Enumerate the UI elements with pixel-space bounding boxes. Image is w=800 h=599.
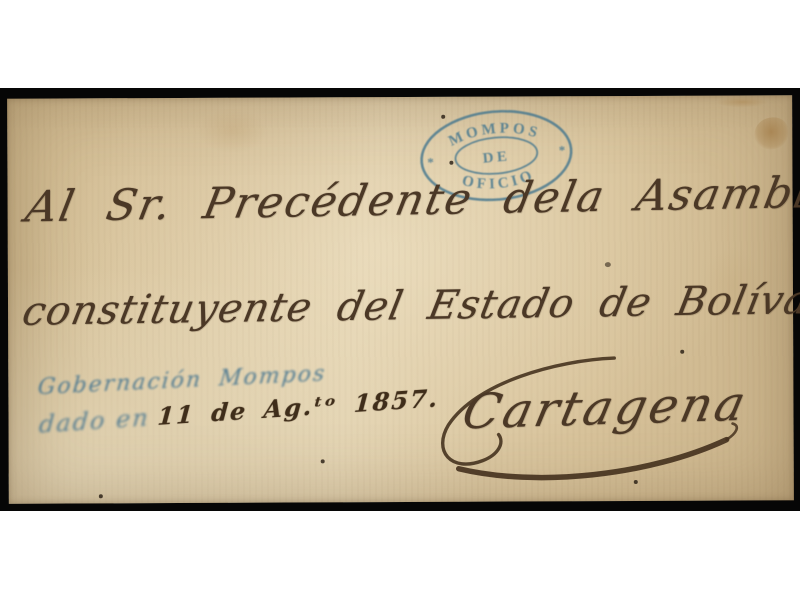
stamp-left-star: * [427, 154, 435, 170]
brown-stain-top-right [754, 117, 788, 149]
faint-stain-top-left [197, 108, 267, 154]
destination-block: Cartagena [406, 353, 763, 487]
envelope-front: MOMPOS OFICIO DE * * Al Sr. Precédente d… [7, 95, 794, 503]
address-line-1: Al Sr. Precédente dela Asamblea [22, 167, 800, 232]
ink-speck [99, 494, 103, 498]
cover-photo: MOMPOS OFICIO DE * * Al Sr. Precédente d… [0, 88, 800, 511]
ink-speck [321, 459, 325, 463]
docket-line-2-prefix: dado en [38, 403, 151, 438]
smudge-top-right [716, 96, 768, 107]
ink-speck [605, 262, 611, 267]
stamp-text-top: MOMPOS [445, 117, 543, 151]
docket-notation: Gobernación Mompos dado en 11 de Ag.ᵗᵒ 1… [37, 356, 439, 435]
stamp-right-star: * [558, 142, 566, 158]
page-background: MOMPOS OFICIO DE * * Al Sr. Precédente d… [0, 0, 800, 599]
destination-city: Cartagena [457, 376, 753, 441]
address-line-2: constituyente del Estado de Bolívar [19, 277, 800, 335]
stamp-text-center: DE [482, 148, 511, 166]
